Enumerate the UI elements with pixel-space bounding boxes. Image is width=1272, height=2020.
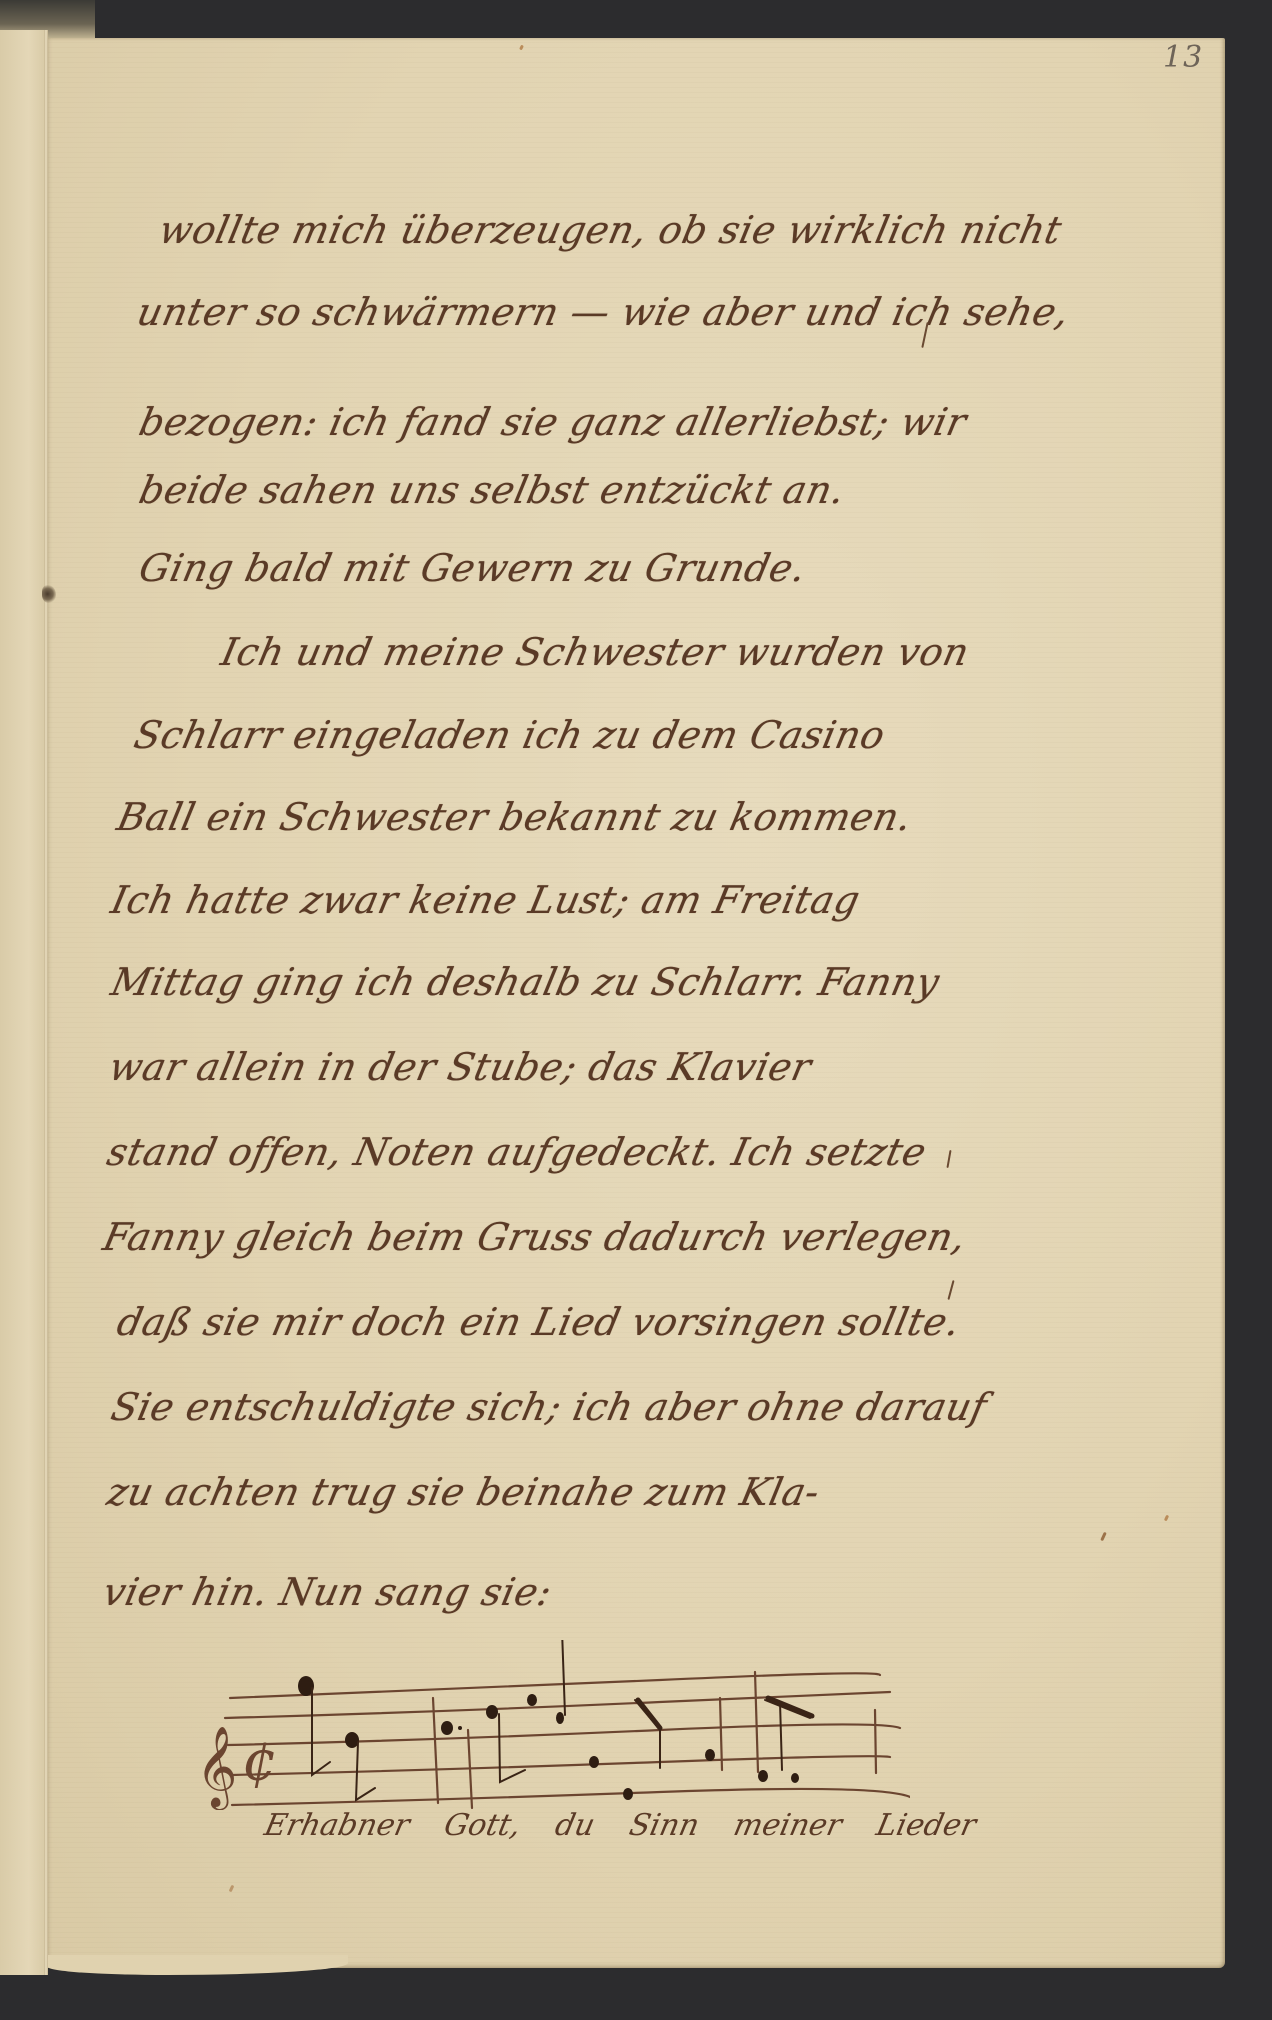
text-line-1: wollte mich überzeugen, ob sie wirklich … xyxy=(155,208,1065,252)
text-line-2: unter so schwärmern — wie aber und ich s… xyxy=(133,290,1073,334)
song-lyrics: Erhabner Gott, du Sinn meiner Lieder xyxy=(261,1808,979,1843)
text-line-11: war allein in der Stube; das Klavier xyxy=(105,1045,815,1089)
text-line-10: Mittag ging ich deshalb zu Schlarr. Fann… xyxy=(107,960,943,1004)
page-bottom-edge xyxy=(48,1955,348,1975)
staff-line-5 xyxy=(232,1789,910,1805)
text-line-4: beide sahen uns selbst entzückt an. xyxy=(135,468,849,512)
text-line-8: Ball ein Schwester bekannt zu kommen. xyxy=(113,795,916,839)
text-line-17: vier hin. Nun sang sie: xyxy=(99,1570,556,1614)
text-line-16: zu achten trug sie beinahe zum Kla- xyxy=(103,1470,823,1514)
text-line-12: stand offen, Noten aufgedeckt. Ich setzt… xyxy=(103,1130,930,1174)
facing-page-strip xyxy=(0,30,48,1975)
text-line-5: Ging bald mit Gewern zu Grunde. xyxy=(135,546,810,590)
text-line-9: Ich hatte zwar keine Lust; am Freitag xyxy=(107,878,864,922)
scan-viewport: 13 wollte mich überzeugen, ob sie wirkli… xyxy=(0,0,1272,2020)
text-line-14: daß sie mir doch ein Lied vorsingen soll… xyxy=(113,1300,964,1344)
cut-time-icon: ¢ xyxy=(242,1729,278,1794)
treble-clef-icon: 𝄞 xyxy=(196,1725,237,1810)
staff-line-4 xyxy=(232,1756,890,1775)
text-line-6: Ich und meine Schwester wurden von xyxy=(217,630,973,674)
text-line-13: Fanny gleich beim Gruss dadurch verlegen… xyxy=(99,1215,970,1259)
staff-line-1 xyxy=(230,1673,880,1698)
staff-line-3 xyxy=(228,1724,900,1745)
binding-tear-mark xyxy=(42,585,56,603)
text-line-3: bezogen: ich fand sie ganz allerliebst; … xyxy=(135,400,970,444)
folio-number: 13 xyxy=(1163,40,1203,75)
music-staff: 𝄞 ¢ xyxy=(190,1640,910,1810)
text-line-15: Sie entschuldigte sich; ich aber ohne da… xyxy=(107,1385,991,1429)
text-line-7: Schlarr eingeladen ich zu dem Casino xyxy=(130,713,889,757)
